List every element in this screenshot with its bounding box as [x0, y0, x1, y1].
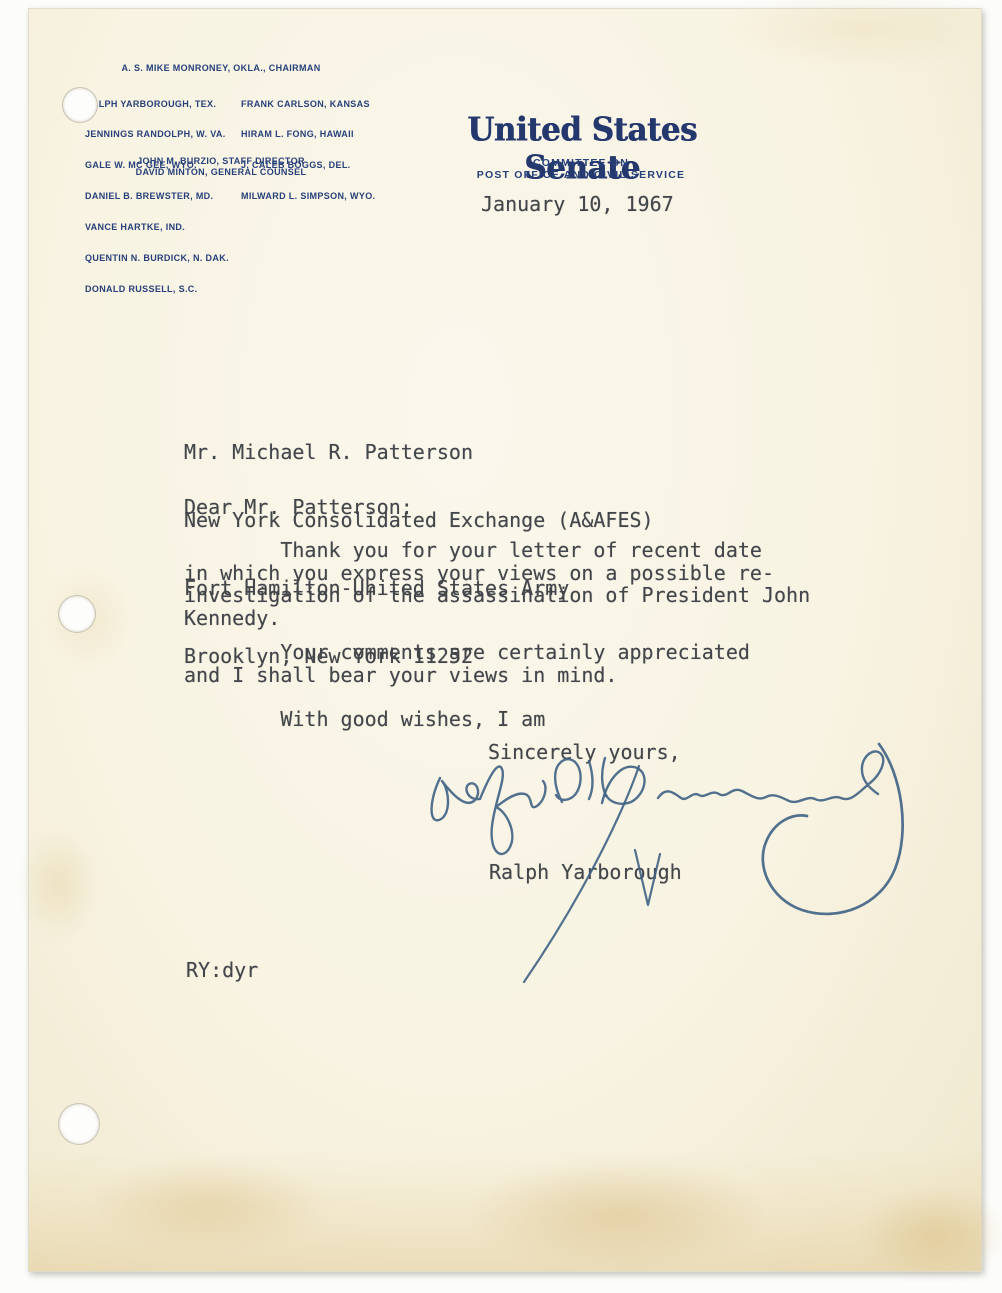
body-paragraph-3: With good wishes, I am	[184, 708, 545, 731]
committee-members-left: RALPH YARBOROUGH, TEX. JENNINGS RANDOLPH…	[85, 78, 229, 315]
signature-stroke-y-loop	[602, 767, 645, 804]
committee-name: COMMITTEE ON POST OFFICE AND CIVIL SERVI…	[431, 157, 731, 181]
member-name: HIRAM L. FONG, HAWAII	[241, 129, 375, 139]
stain	[719, 0, 999, 69]
member-name: QUENTIN N. BURDICK, N. DAK.	[85, 253, 229, 263]
letter-page: A. S. MIKE MONRONEY, OKLA., CHAIRMAN RAL…	[28, 8, 982, 1272]
stain	[19, 829, 99, 939]
member-name: DONALD RUSSELL, S.C.	[85, 284, 229, 294]
general-counsel-line: DAVID MINTON, GENERAL COUNSEL	[71, 167, 371, 178]
staff-director-line: JOHN M. BURZIO, STAFF DIRECTOR	[71, 156, 371, 167]
member-name: FRANK CARLSON, KANSAS	[241, 99, 375, 109]
committee-staff: JOHN M. BURZIO, STAFF DIRECTOR DAVID MIN…	[71, 156, 371, 177]
stain	[89, 1159, 329, 1254]
member-name: JENNINGS RANDOLPH, W. VA.	[85, 129, 229, 139]
body-paragraph-2: Your comments are certainly appreciated …	[184, 641, 750, 686]
committee-name-line1: COMMITTEE ON	[431, 157, 731, 169]
body-paragraph-1: Thank you for your letter of recent date…	[184, 539, 810, 629]
stain	[859, 1189, 1002, 1279]
hole-punch-bottom	[58, 1103, 100, 1145]
letter-date: January 10, 1967	[481, 193, 674, 216]
committee-members-right: FRANK CARLSON, KANSAS HIRAM L. FONG, HAW…	[241, 78, 375, 222]
member-name: RALPH YARBOROUGH, TEX.	[85, 99, 229, 109]
stain	[29, 1149, 981, 1271]
stain	[469, 1159, 769, 1269]
member-name: MILWARD L. SIMPSON, WYO.	[241, 191, 375, 201]
signature-stroke-ralph	[432, 767, 546, 854]
closing-phrase: Sincerely yours,	[488, 741, 681, 764]
member-name: DANIEL B. BREWSTER, MD.	[85, 191, 229, 201]
typist-initials: RY:dyr	[186, 959, 258, 982]
member-name: VANCE HARTKE, IND.	[85, 222, 229, 232]
signature-stroke-arborough	[658, 751, 883, 802]
signature-stroke-flourish-loop	[763, 744, 903, 914]
hole-punch-middle	[58, 595, 96, 633]
signature-stroke-middle-initial	[555, 758, 606, 802]
committee-chairman: A. S. MIKE MONRONEY, OKLA., CHAIRMAN	[71, 63, 371, 73]
salutation: Dear Mr. Patterson:	[184, 496, 413, 519]
recipient-name: Mr. Michael R. Patterson	[184, 441, 654, 464]
hole-punch-top	[62, 87, 98, 123]
typed-signature-name: Ralph Yarborough	[489, 861, 682, 884]
committee-name-line2: POST OFFICE AND CIVIL SERVICE	[431, 169, 731, 181]
